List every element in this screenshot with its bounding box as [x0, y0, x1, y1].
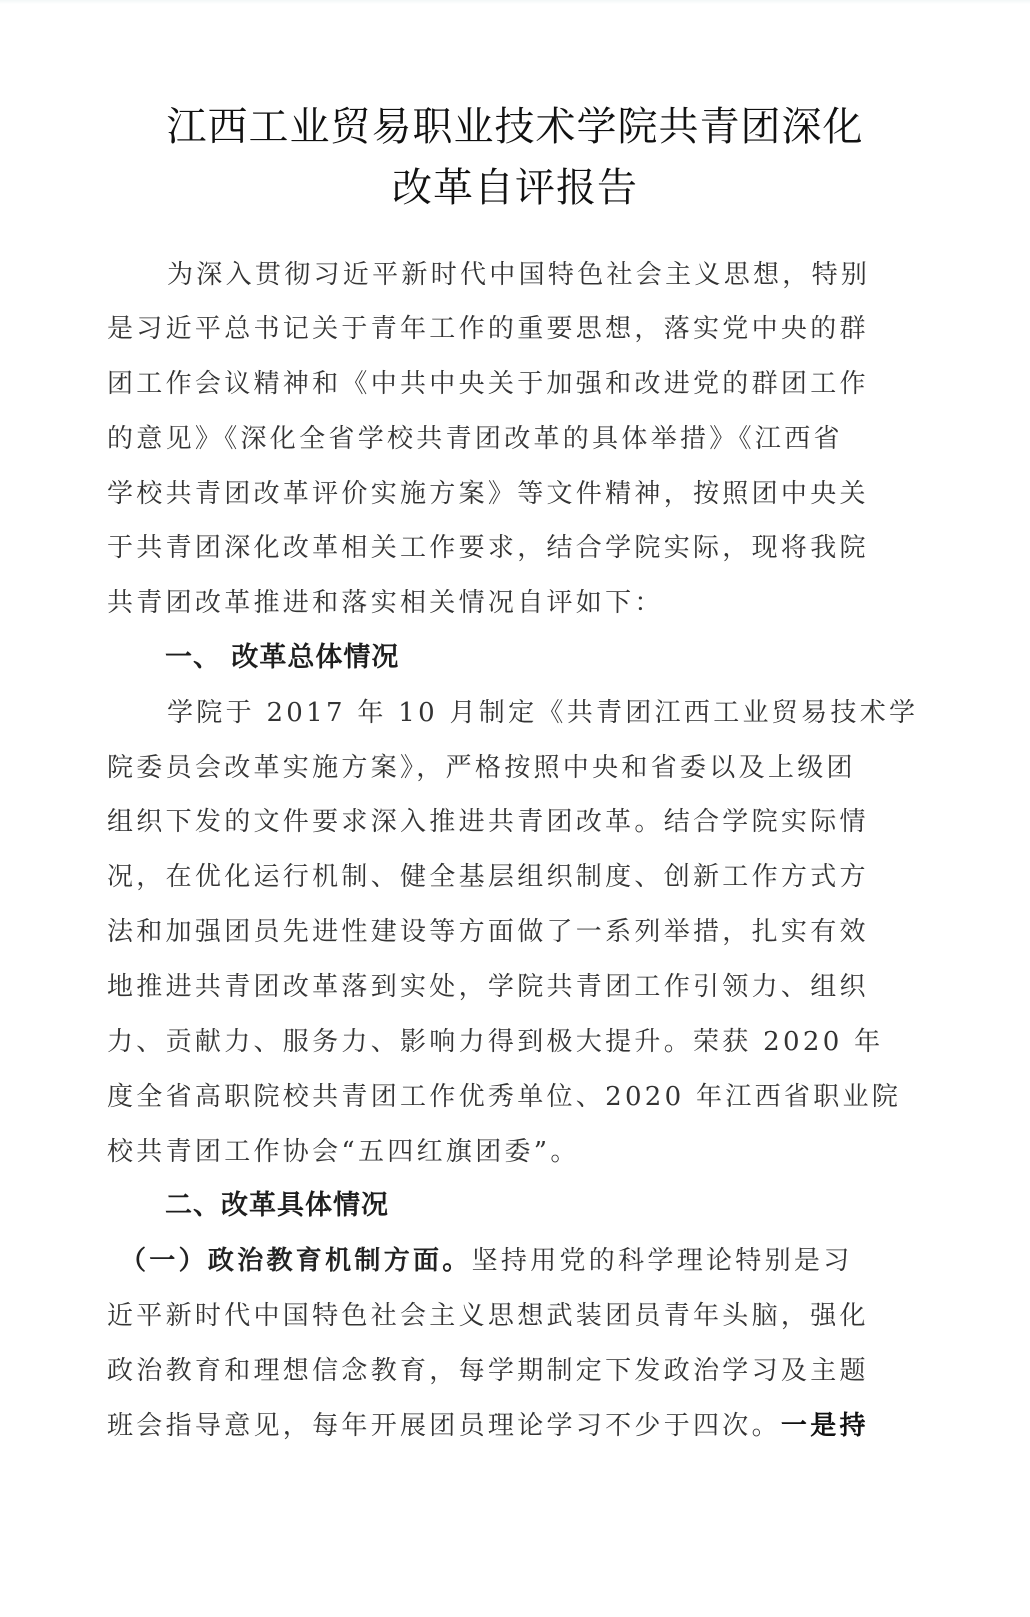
paragraph-line: 地推进共青团改革落到实处，学院共青团工作引领力、组织	[107, 972, 869, 1002]
paragraph-line: 学院于 2017 年 10 月制定《共青团江西工业贸易技术学	[167, 698, 918, 728]
intro-line: 为深入贯彻习近平新时代中国特色社会主义思想，特别	[167, 260, 870, 290]
emphasis-text: 一是持	[781, 1411, 869, 1441]
section-heading-specific: 二、改革具体情况	[165, 1191, 389, 1221]
paragraph-line: 况，在优化运行机制、健全基层组织制度、创新工作方式方	[107, 862, 869, 892]
subsection-text: 坚持用党的科学理论特别是习	[472, 1246, 853, 1276]
intro-line: 是习近平总书记关于青年工作的重要思想，落实党中央的群	[107, 314, 869, 344]
document-title-line-2: 改革自评报告	[0, 156, 1030, 213]
section-heading-overall: 一、 改革总体情况	[165, 643, 399, 673]
subsection-lead: （一）政治教育机制方面。	[120, 1246, 472, 1276]
paragraph-line: 组织下发的文件要求深入推进共青团改革。结合学院实际情	[107, 807, 869, 837]
paragraph-line: 近平新时代中国特色社会主义思想武装团员青年头脑，强化	[107, 1301, 869, 1331]
paragraph-line: 政治教育和理想信念教育，每学期制定下发政治学习及主题	[107, 1356, 869, 1386]
intro-line: 学校共青团改革评价实施方案》等文件精神，按照团中央关	[107, 479, 869, 509]
page-top-edge	[0, 0, 1030, 4]
intro-line: 团工作会议精神和《中共中央关于加强和改进党的群团工作	[107, 369, 869, 399]
intro-line: 共青团改革推进和落实相关情况自评如下：	[107, 588, 664, 618]
paragraph-line: 院委员会改革实施方案》，严格按照中央和省委以及上级团	[107, 753, 856, 783]
paragraph-line: 度全省高职院校共青团工作优秀单位、2020 年江西省职业院	[107, 1082, 901, 1112]
intro-line: 的意见》《深化全省学校共青团改革的具体举措》《江西省	[107, 424, 843, 454]
subsection-text: 班会指导意见，每年开展团员理论学习不少于四次。	[107, 1411, 781, 1441]
paragraph-line: 校共青团工作协会“五四红旗团委”。	[107, 1137, 580, 1167]
paragraph-line: （一）政治教育机制方面。坚持用党的科学理论特别是习	[120, 1246, 853, 1276]
intro-line: 于共青团深化改革相关工作要求，结合学院实际，现将我院	[107, 533, 869, 563]
paragraph-line: 法和加强团员先进性建设等方面做了一系列举措，扎实有效	[107, 917, 869, 947]
paragraph-line: 力、贡献力、服务力、影响力得到极大提升。荣获 2020 年	[107, 1027, 883, 1057]
paragraph-line: 班会指导意见，每年开展团员理论学习不少于四次。一是持	[107, 1411, 869, 1441]
document-page: 江西工业贸易职业技术学院共青团深化 改革自评报告 为深入贯彻习近平新时代中国特色…	[0, 0, 1030, 1617]
document-title-line-1: 江西工业贸易职业技术学院共青团深化	[0, 95, 1030, 152]
